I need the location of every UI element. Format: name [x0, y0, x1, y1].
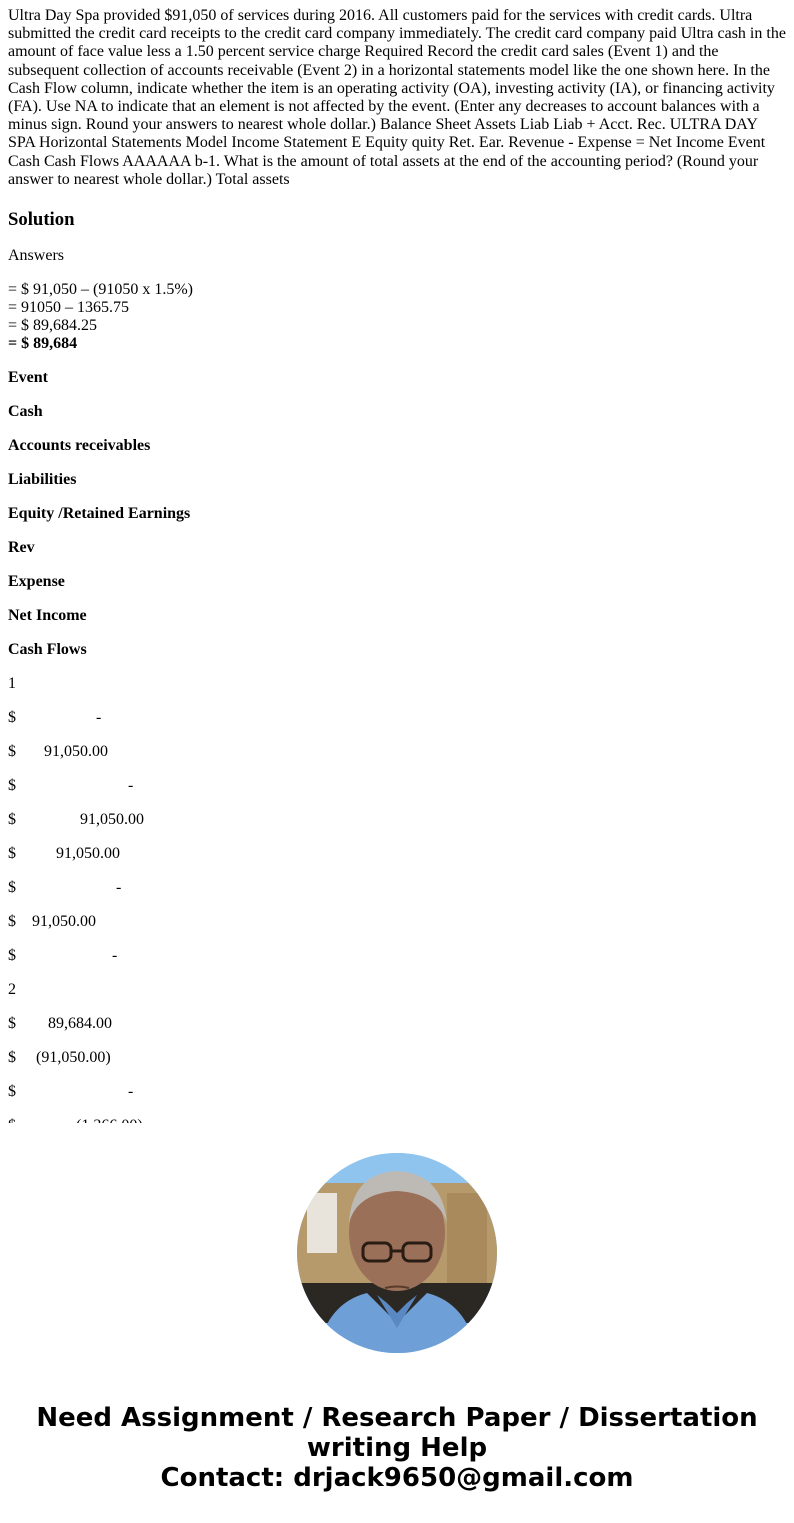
table-cell: $ 91,050.00 — [8, 743, 788, 761]
table-cell: $ (91,050.00) — [8, 1049, 788, 1067]
table-header: Liabilities — [8, 471, 788, 489]
table-row-event: 2 — [8, 981, 788, 999]
person-photo-icon — [297, 1153, 497, 1353]
promo-line: writing Help — [0, 1433, 794, 1463]
table-cell: $ - — [8, 1083, 788, 1101]
calculation-block: = $ 91,050 – (91050 x 1.5%) = 91050 – 13… — [8, 281, 788, 353]
calculation-step: = $ 91,050 – (91050 x 1.5%) — [8, 281, 788, 299]
table-header: Cash Flows — [8, 641, 788, 659]
table-cell: $ 91,050.00 — [8, 845, 788, 863]
table-header: Cash — [8, 403, 788, 421]
table-header: Net Income — [8, 607, 788, 625]
table-header: Accounts receivables — [8, 437, 788, 455]
promo-overlay: Need Assignment / Research Paper / Disse… — [0, 1123, 794, 1523]
table-cell: $ 89,684.00 — [8, 1015, 788, 1033]
solution-heading: Solution — [8, 209, 788, 231]
table-cell: $ - — [8, 777, 788, 795]
table-header: Rev — [8, 539, 788, 557]
calculation-step: = $ 89,684.25 — [8, 317, 788, 335]
table-cell: $ - — [8, 709, 788, 727]
document-body: Ultra Day Spa provided $91,050 of servic… — [8, 0, 788, 1123]
promo-line: Need Assignment / Research Paper / Disse… — [0, 1403, 794, 1433]
question-text: Ultra Day Spa provided $91,050 of servic… — [8, 7, 788, 189]
answers-label: Answers — [8, 247, 788, 265]
table-cell: $ - — [8, 947, 788, 965]
calculation-step: = 91050 – 1365.75 — [8, 299, 788, 317]
statements-table: Event Cash Accounts receivables Liabilit… — [8, 369, 788, 1123]
table-cell: $ 91,050.00 — [8, 811, 788, 829]
table-header: Equity /Retained Earnings — [8, 505, 788, 523]
table-header: Event — [8, 369, 788, 387]
table-header: Expense — [8, 573, 788, 591]
table-row-event: 1 — [8, 675, 788, 693]
calculation-result: = $ 89,684 — [8, 335, 788, 353]
promo-text: Need Assignment / Research Paper / Disse… — [0, 1403, 794, 1493]
promo-contact: Contact: drjack9650@gmail.com — [0, 1463, 794, 1493]
table-cell: $ - — [8, 879, 788, 897]
avatar — [297, 1153, 497, 1353]
table-cell: $ 91,050.00 — [8, 913, 788, 931]
